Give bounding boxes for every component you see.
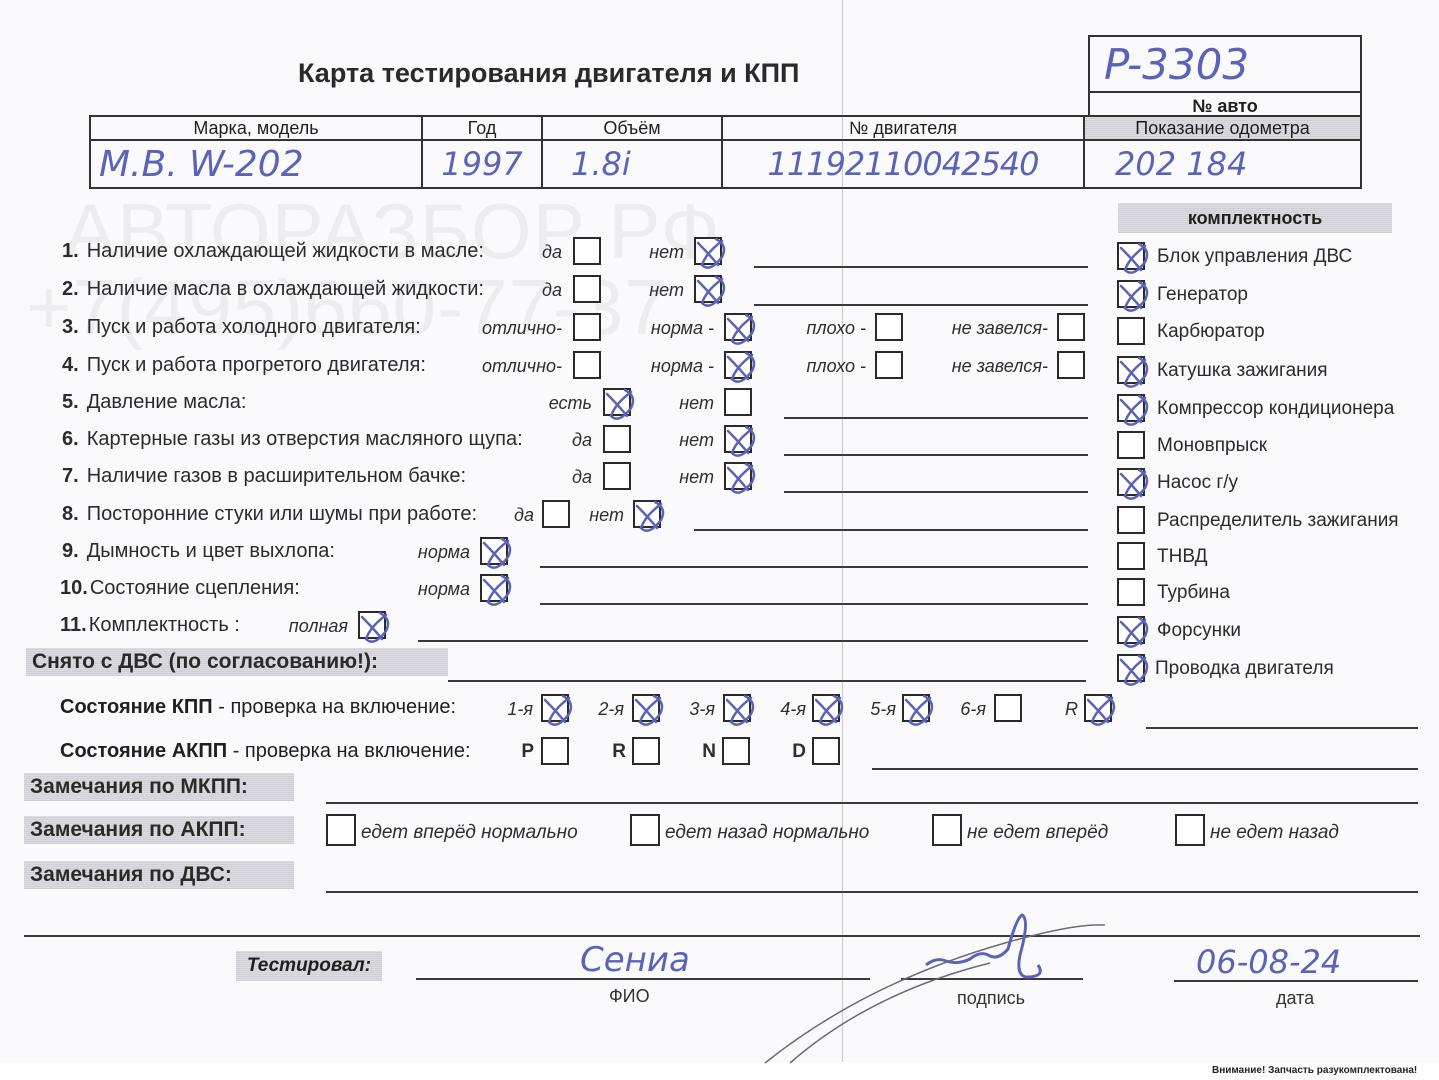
completeness-title: комплектность xyxy=(1118,203,1392,233)
tester-name-value[interactable]: Сениа xyxy=(580,940,690,980)
removed-field[interactable] xyxy=(448,680,1086,682)
check-mark-icon xyxy=(1115,646,1155,686)
option-label: нет xyxy=(649,242,684,263)
tested-by-label: Тестировал: xyxy=(236,951,382,981)
check-number: 2. xyxy=(62,278,79,300)
option-label: есть xyxy=(549,393,592,414)
check-text: Дымность и цвет выхлопа: xyxy=(87,540,335,562)
manual-gear-label: 5-я xyxy=(870,699,896,720)
completeness-checkbox[interactable] xyxy=(1117,468,1145,496)
option-label: да xyxy=(542,280,562,301)
name-caption: ФИО xyxy=(609,986,650,1007)
date-caption: дата xyxy=(1276,988,1314,1009)
col-header-year: Год xyxy=(422,116,542,140)
check-number: 6. xyxy=(62,428,79,450)
option-checkbox[interactable] xyxy=(1057,313,1085,341)
signature-caption: подпись xyxy=(957,988,1025,1009)
manual-gear-checkbox[interactable] xyxy=(632,694,660,722)
option-label: норма - xyxy=(651,356,714,377)
auto-remark-label: не едет назад xyxy=(1210,822,1339,844)
signature-scribble xyxy=(760,905,1120,1065)
check-text: Наличие газов в расширительном бачке: xyxy=(87,465,466,487)
auto-remark-checkbox[interactable] xyxy=(630,814,660,846)
check-mark-icon xyxy=(900,686,940,726)
auto-gearbox-label: Состояние АКПП - проверка на включение: xyxy=(60,740,471,763)
engine-number-value[interactable]: 11192110042540 xyxy=(722,140,1084,188)
completeness-item-label: Катушка зажигания xyxy=(1157,360,1328,382)
notes-field[interactable] xyxy=(784,454,1088,456)
check-question: 3.Пуск и работа холодного двигателя: xyxy=(62,316,421,339)
check-mark-icon xyxy=(1115,460,1155,500)
notes-field[interactable] xyxy=(784,491,1088,493)
manual-gear-label: 3-я xyxy=(689,699,715,720)
col-header-make: Марка, модель xyxy=(90,116,422,140)
auto-remarks-label: Замечания по АКПП: xyxy=(24,816,294,844)
option-checkbox[interactable] xyxy=(603,388,631,416)
notes-field[interactable] xyxy=(418,640,1088,642)
completeness-item-label: ТНВД xyxy=(1157,546,1207,568)
check-text: Картерные газы из отверстия масляного щу… xyxy=(87,428,523,450)
auto-gear-label: D xyxy=(792,741,806,763)
check-mark-icon xyxy=(539,686,579,726)
option-label: не завелся- xyxy=(952,318,1048,339)
auto-remark-label: не едет вперёд xyxy=(967,822,1108,844)
check-mark-icon xyxy=(721,686,761,726)
auto-remark-checkbox[interactable] xyxy=(932,814,962,846)
option-checkbox[interactable] xyxy=(633,500,661,528)
option-label: да xyxy=(542,242,562,263)
option-label: полная xyxy=(289,616,348,637)
completeness-item-label: Моновпрыск xyxy=(1157,435,1267,457)
manual-remarks-label: Замечания по МКПП: xyxy=(24,773,294,801)
check-question: 6.Картерные газы из отверстия масляного … xyxy=(62,428,523,451)
manual-gear-label: R xyxy=(1065,699,1078,720)
completeness-checkbox[interactable] xyxy=(1117,242,1145,270)
option-checkbox[interactable] xyxy=(358,611,386,639)
volume-value[interactable]: 1.8i xyxy=(542,140,722,188)
check-mark-icon xyxy=(1115,272,1155,312)
option-checkbox[interactable] xyxy=(573,351,601,379)
engine-remarks-label: Замечания по ДВС: xyxy=(24,861,294,889)
check-question: 10.Состояние сцепления: xyxy=(60,577,300,600)
check-mark-icon xyxy=(722,305,762,345)
notes-field[interactable] xyxy=(540,603,1088,605)
completeness-checkbox[interactable] xyxy=(1117,616,1145,644)
auto-gear-checkbox[interactable] xyxy=(632,737,660,765)
manual-gear-checkbox[interactable] xyxy=(902,694,930,722)
completeness-checkbox[interactable] xyxy=(1117,280,1145,308)
check-mark-icon xyxy=(1082,686,1122,726)
notes-field[interactable] xyxy=(540,566,1088,568)
auto-gearbox-notes-field[interactable] xyxy=(872,768,1418,770)
notes-field[interactable] xyxy=(694,529,1088,531)
option-checkbox[interactable] xyxy=(875,313,903,341)
col-header-engine-number: № двигателя xyxy=(722,116,1084,140)
option-label: да xyxy=(572,467,592,488)
check-number: 11. xyxy=(60,614,87,636)
option-checkbox[interactable] xyxy=(603,462,631,490)
completeness-checkbox[interactable] xyxy=(1117,578,1145,606)
completeness-item-label: Блок управления ДВС xyxy=(1157,246,1352,268)
check-question: 8.Посторонние стуки или шумы при работе: xyxy=(62,503,477,526)
check-question: 1.Наличие охлаждающей жидкости в масле: xyxy=(62,240,484,263)
auto-gear-label: N xyxy=(702,741,716,763)
check-number: 4. xyxy=(62,354,79,376)
manual-gear-label: 6-я xyxy=(960,699,986,720)
check-mark-icon xyxy=(630,686,670,726)
col-header-odometer: Показание одометра xyxy=(1084,116,1361,140)
completeness-checkbox[interactable] xyxy=(1117,394,1145,422)
completeness-checkbox[interactable] xyxy=(1117,317,1145,345)
manual-gear-checkbox[interactable] xyxy=(812,694,840,722)
check-number: 9. xyxy=(62,540,79,562)
check-mark-icon xyxy=(722,343,762,383)
auto-remark-checkbox[interactable] xyxy=(1175,814,1205,846)
check-number: 3. xyxy=(62,316,79,338)
check-text: Пуск и работа холодного двигателя: xyxy=(87,316,421,338)
completeness-checkbox[interactable] xyxy=(1117,506,1145,534)
option-checkbox[interactable] xyxy=(573,237,601,265)
manual-gear-label: 2-я xyxy=(598,699,624,720)
check-text: Посторонние стуки или шумы при работе: xyxy=(87,503,477,525)
completeness-item-label: Проводка двигателя xyxy=(1155,658,1334,680)
manual-gear-checkbox[interactable] xyxy=(1084,694,1112,722)
check-question: 9.Дымность и цвет выхлопа: xyxy=(62,540,335,563)
check-text: Наличие масла в охлаждающей жидкости: xyxy=(87,278,484,300)
notes-field[interactable] xyxy=(754,304,1088,306)
option-label: нет xyxy=(679,430,714,451)
option-label: норма xyxy=(418,542,470,563)
option-label: да xyxy=(514,505,534,526)
check-mark-icon xyxy=(478,529,518,569)
manual-gear-checkbox[interactable] xyxy=(541,694,569,722)
option-label: плохо - xyxy=(807,356,866,377)
manual-gearbox-title: Состояние КПП xyxy=(60,696,213,718)
completeness-item-label: Распределитель зажигания xyxy=(1157,510,1399,532)
check-text: Состояние сцепления: xyxy=(90,577,300,599)
check-question: 2.Наличие масла в охлаждающей жидкости: xyxy=(62,278,484,301)
engine-remarks-field[interactable] xyxy=(326,891,1418,893)
option-label: нет xyxy=(589,505,624,526)
option-label: да xyxy=(572,430,592,451)
check-mark-icon xyxy=(356,603,396,643)
auto-gearbox-caption: - проверка на включение: xyxy=(227,740,470,762)
option-label: плохо - xyxy=(807,318,866,339)
car-number-box: P-3303 № авто xyxy=(1088,35,1362,121)
check-mark-icon xyxy=(1115,234,1155,274)
completeness-item-label: Форсунки xyxy=(1157,620,1241,642)
auto-gear-checkbox[interactable] xyxy=(541,737,569,765)
notes-field[interactable] xyxy=(754,266,1088,268)
auto-gear-label: P xyxy=(521,741,534,763)
check-mark-icon xyxy=(478,566,518,606)
option-label: отлично- xyxy=(482,356,562,377)
check-mark-icon xyxy=(1115,348,1155,388)
manual-gear-checkbox[interactable] xyxy=(723,694,751,722)
check-number: 5. xyxy=(62,391,79,413)
option-label: норма xyxy=(418,579,470,600)
check-number: 8. xyxy=(62,503,79,525)
option-checkbox[interactable] xyxy=(724,388,752,416)
completeness-checkbox[interactable] xyxy=(1117,542,1145,570)
completeness-item-label: Генератор xyxy=(1157,284,1248,306)
manual-gearbox-caption: - проверка на включение: xyxy=(213,696,456,718)
separator-rule xyxy=(24,935,1420,937)
check-mark-icon xyxy=(601,380,641,420)
car-number-value[interactable]: P-3303 xyxy=(1089,36,1361,92)
option-checkbox[interactable] xyxy=(724,313,752,341)
manual-gearbox-label: Состояние КПП - проверка на включение: xyxy=(60,696,456,719)
check-number: 10. xyxy=(60,577,88,599)
auto-gear-checkbox[interactable] xyxy=(812,737,840,765)
option-label: отлично- xyxy=(482,318,562,339)
check-mark-icon xyxy=(1115,386,1155,426)
option-label: нет xyxy=(679,393,714,414)
check-question: 7.Наличие газов в расширительном бачке: xyxy=(62,465,466,488)
check-text: Наличие охлаждающей жидкости в масле: xyxy=(87,240,484,262)
date-value[interactable]: 06-08-24 xyxy=(1196,943,1341,981)
check-mark-icon xyxy=(722,417,762,457)
vehicle-info-table: Марка, модель Год Объём № двигателя Пока… xyxy=(89,115,1362,189)
option-checkbox[interactable] xyxy=(573,313,601,341)
option-label: не завелся- xyxy=(952,356,1048,377)
manual-gear-checkbox[interactable] xyxy=(994,694,1022,722)
completeness-item-label: Карбюратор xyxy=(1157,321,1265,343)
option-checkbox[interactable] xyxy=(875,351,903,379)
option-checkbox[interactable] xyxy=(573,275,601,303)
option-checkbox[interactable] xyxy=(694,237,722,265)
check-number: 1. xyxy=(62,240,79,262)
check-question: 5.Давление масла: xyxy=(62,391,246,414)
option-label: нет xyxy=(679,467,714,488)
completeness-checkbox[interactable] xyxy=(1117,431,1145,459)
completeness-checkbox[interactable] xyxy=(1117,654,1145,682)
auto-gear-label: R xyxy=(612,741,626,763)
col-header-volume: Объём xyxy=(542,116,722,140)
option-checkbox[interactable] xyxy=(480,537,508,565)
make-model-value[interactable]: M.B. W-202 xyxy=(90,140,422,188)
check-mark-icon xyxy=(1115,608,1155,648)
auto-remark-label: едет вперёд нормально xyxy=(361,822,578,844)
option-checkbox[interactable] xyxy=(603,425,631,453)
option-checkbox[interactable] xyxy=(480,574,508,602)
manual-gearbox-notes-field[interactable] xyxy=(1146,727,1418,729)
manual-remarks-field[interactable] xyxy=(326,802,1418,804)
auto-remark-label: едет назад нормально xyxy=(665,822,869,844)
odometer-value[interactable]: 202 184 xyxy=(1084,140,1361,188)
auto-remark-checkbox[interactable] xyxy=(326,814,356,846)
manual-gear-label: 4-я xyxy=(780,699,806,720)
check-question: 11.Комплектность : xyxy=(60,614,240,637)
option-checkbox[interactable] xyxy=(724,425,752,453)
check-text: Давление масла: xyxy=(87,391,247,413)
check-text: Пуск и работа прогретого двигателя: xyxy=(87,354,426,376)
manual-gear-label: 1-я xyxy=(507,699,533,720)
option-checkbox[interactable] xyxy=(694,275,722,303)
check-mark-icon xyxy=(722,454,762,494)
completeness-item-label: Турбина xyxy=(1157,582,1230,604)
check-mark-icon xyxy=(631,492,671,532)
completeness-checkbox[interactable] xyxy=(1117,356,1145,384)
removed-label: Снято с ДВС (по согласованию!): xyxy=(26,648,448,676)
completeness-item-label: Компрессор кондиционера xyxy=(1157,398,1394,420)
check-mark-icon xyxy=(810,686,850,726)
option-checkbox[interactable] xyxy=(1057,351,1085,379)
completeness-item-label: Насос г/у xyxy=(1157,472,1238,494)
option-checkbox[interactable] xyxy=(724,462,752,490)
check-question: 4.Пуск и работа прогретого двигателя: xyxy=(62,354,426,377)
option-checkbox[interactable] xyxy=(542,500,570,528)
auto-gear-checkbox[interactable] xyxy=(722,737,750,765)
option-label: норма - xyxy=(651,318,714,339)
year-value[interactable]: 1997 xyxy=(422,140,542,188)
page-title: Карта тестирования двигателя и КПП xyxy=(298,58,799,89)
auto-gearbox-title: Состояние АКПП xyxy=(60,740,227,762)
footer-warning: Внимание! Запчасть разукомплектована! xyxy=(1212,1065,1417,1076)
option-label: нет xyxy=(649,280,684,301)
option-checkbox[interactable] xyxy=(724,351,752,379)
check-number: 7. xyxy=(62,465,79,487)
notes-field[interactable] xyxy=(784,417,1088,419)
check-text: Комплектность : xyxy=(89,614,240,636)
